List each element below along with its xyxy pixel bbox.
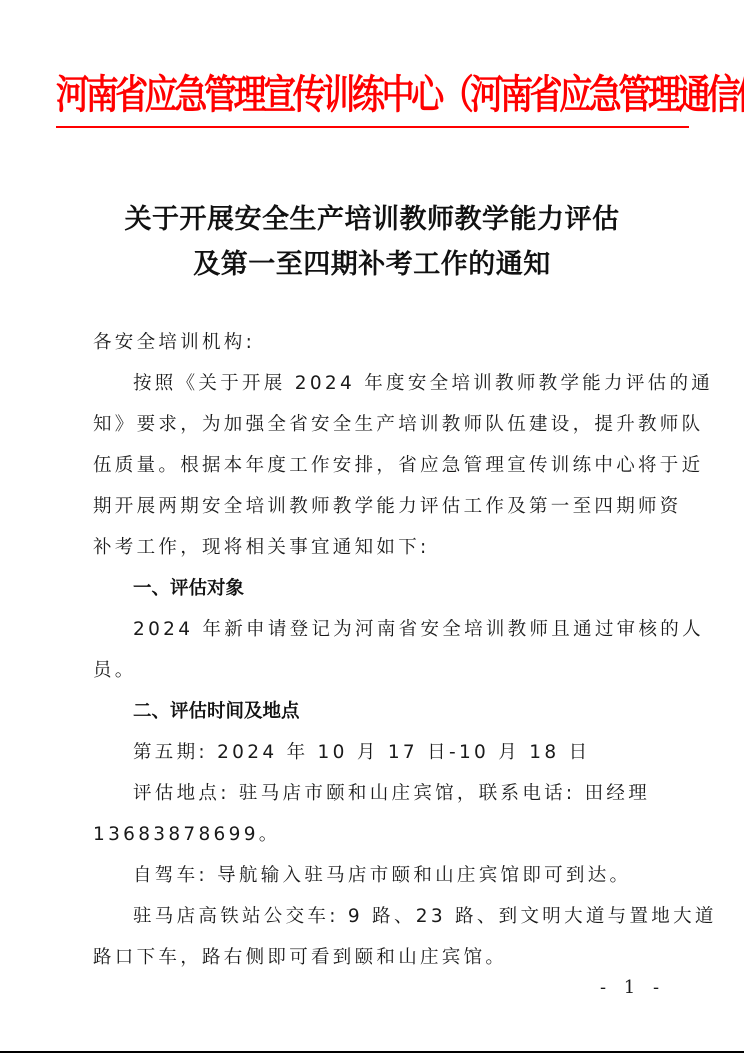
page-number: - 1 - <box>600 977 665 998</box>
document-title-line-2: 及第一至四期补考工作的通知 <box>0 242 744 281</box>
section-heading-time-location: 二、评估时间及地点 <box>133 700 300 724</box>
document-title-line-1: 关于开展安全生产培训教师教学能力评估 <box>0 197 744 236</box>
bus-directions-line: 驻马店高铁站公交车: 9 路、23 路、到文明大道与置地大道 <box>133 905 693 929</box>
location-text-line: 评估地点: 驻马店市颐和山庄宾馆，联系电话: 田经理 <box>133 782 693 806</box>
section1-text-line: 2024 年新申请登记为河南省安全培训教师且通过审核的人 <box>133 618 693 642</box>
contact-phone-text: 13683878699。 <box>93 823 653 847</box>
intro-paragraph-line: 按照《关于开展 2024 年度安全培训教师教学能力评估的通 <box>133 372 693 396</box>
section1-text-line: 员。 <box>93 659 653 683</box>
bus-directions-line: 路口下车，路右侧即可看到颐和山庄宾馆。 <box>93 946 653 970</box>
intro-paragraph-line: 知》要求，为加强全省安全生产培训教师队伍建设，提升教师队 <box>93 413 653 437</box>
masthead-org-name: 河南省应急管理宣传训练中心（河南省应急管理通信保障中心） <box>56 60 689 130</box>
intro-paragraph-line: 补考工作，现将相关事宜通知如下: <box>93 536 653 560</box>
document-page: 河南省应急管理宣传训练中心（河南省应急管理通信保障中心） 关于开展安全生产培训教… <box>0 0 744 1053</box>
intro-paragraph-line: 伍质量。根据本年度工作安排，省应急管理宣传训练中心将于近 <box>93 454 653 478</box>
salutation: 各安全培训机构: <box>93 331 653 355</box>
session-period-text: 第五期: 2024 年 10 月 17 日-10 月 18 日 <box>133 741 693 765</box>
intro-paragraph-line: 期开展两期安全培训教师教学能力评估工作及第一至四期师资 <box>93 495 653 519</box>
section-heading-evaluation-target: 一、评估对象 <box>133 577 244 601</box>
masthead-red-rule <box>56 126 689 128</box>
self-drive-directions: 自驾车: 导航输入驻马店市颐和山庄宾馆即可到达。 <box>133 864 693 888</box>
